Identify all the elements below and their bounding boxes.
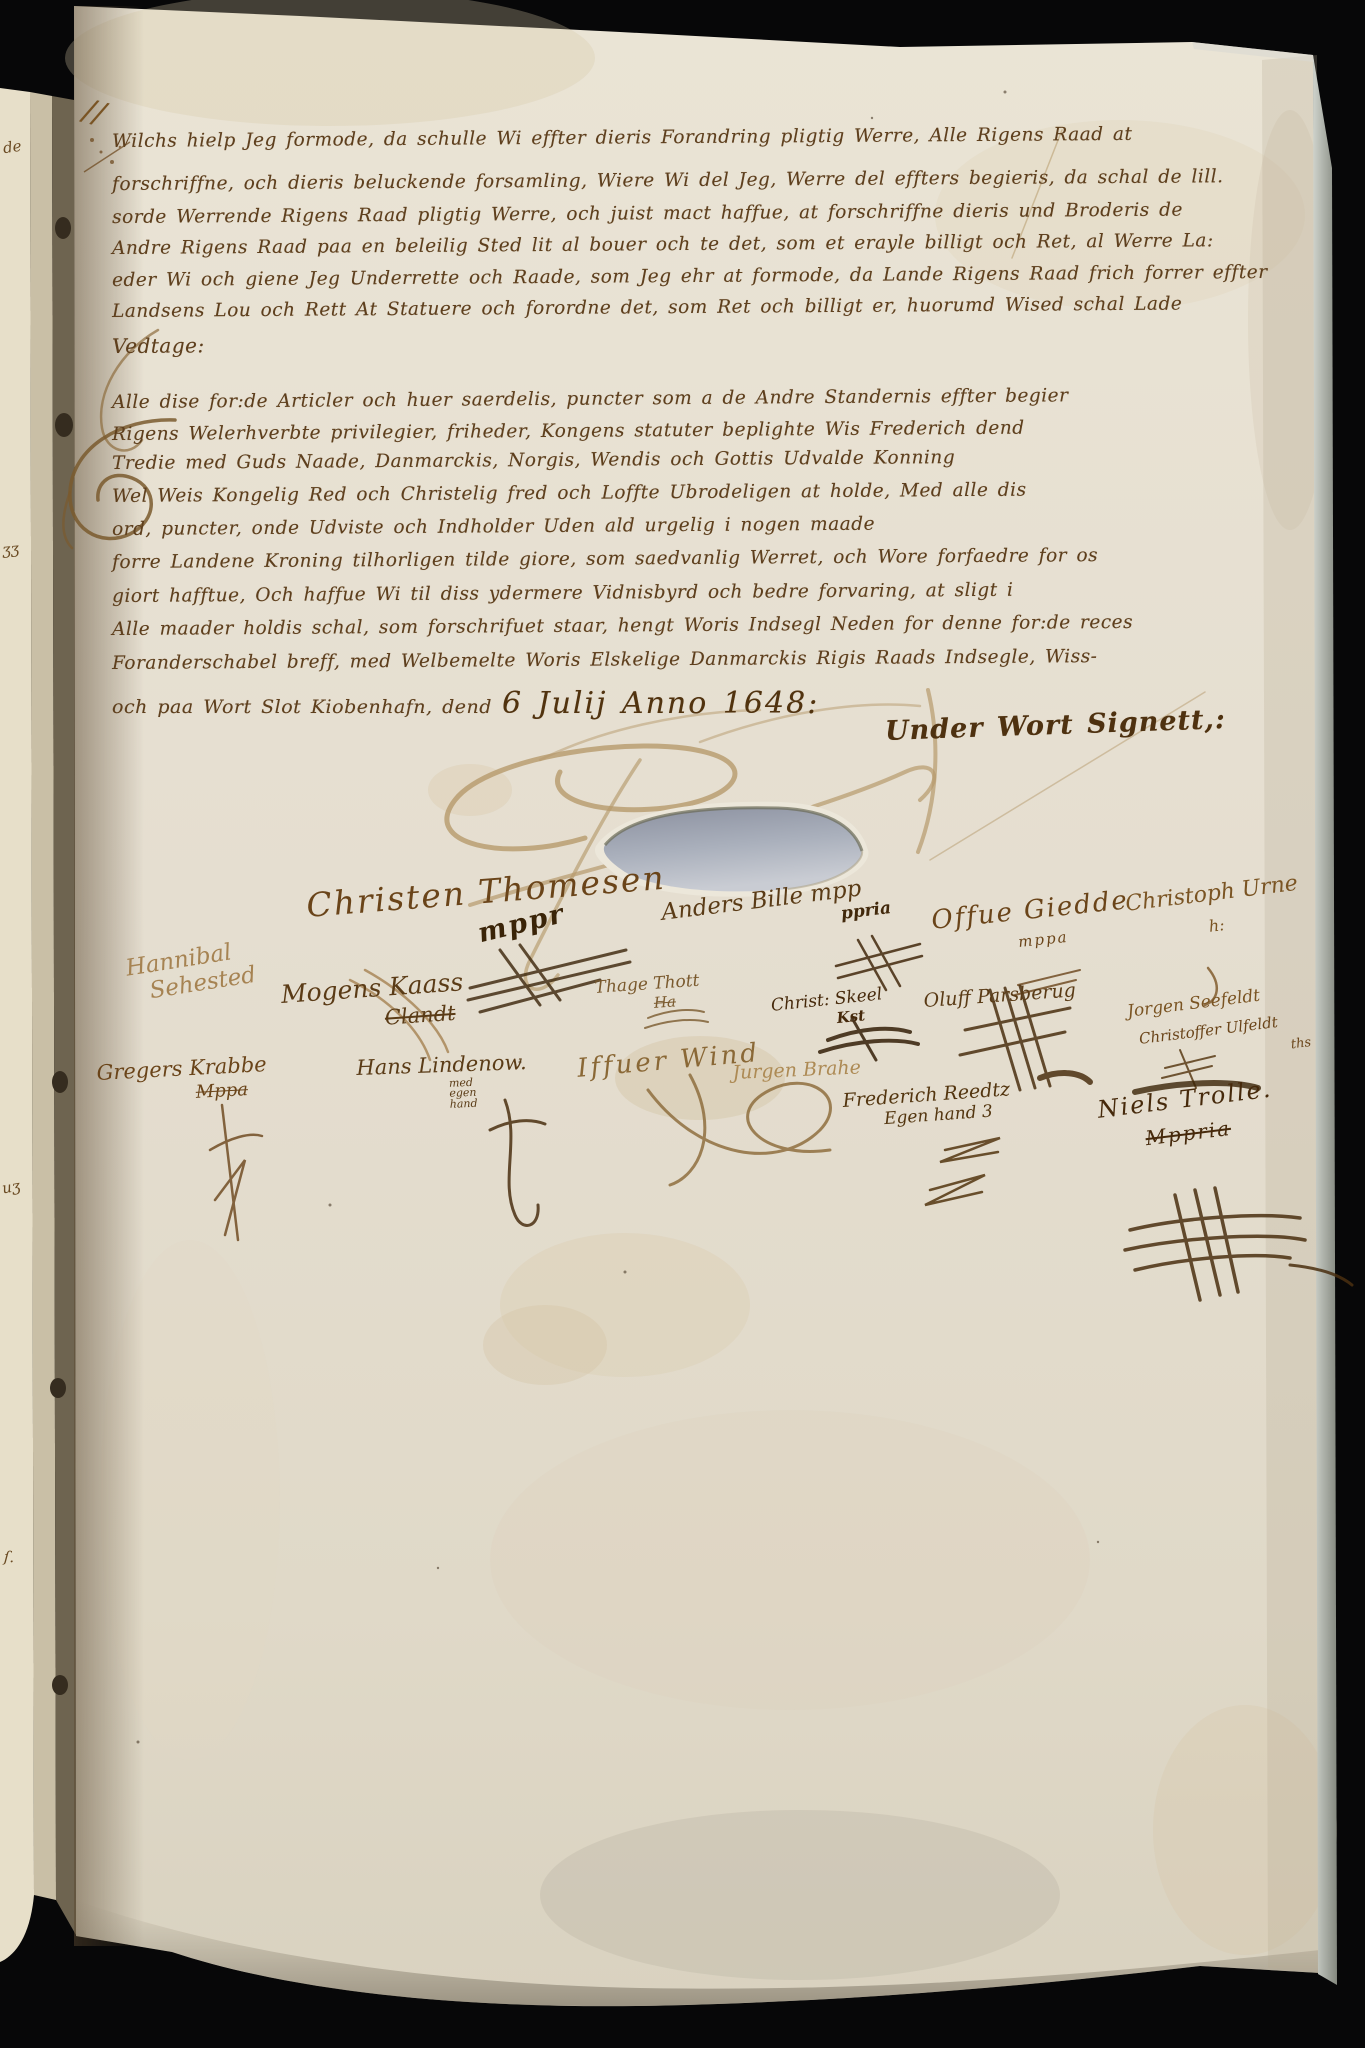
- left-page-fragment: ſ.: [3, 1548, 15, 1567]
- photographed-manuscript: // Wilchs hielp Jeg formode, da schulle …: [0, 0, 1365, 2048]
- signature-paraph: med egen hand: [449, 1077, 502, 1110]
- signature-paraph: Mppa: [195, 1078, 268, 1103]
- left-page-fragment: de: [2, 137, 23, 157]
- signature-paraph: ths: [1290, 1035, 1312, 1052]
- date-line-prefix: och paa Wort Slot Kiobenhafn, dend: [112, 696, 492, 718]
- signature-thage-thott: Thage Thott Ha: [594, 971, 701, 1016]
- signature-hans-lindenow: Hans Lindenow. med egen hand: [356, 1050, 528, 1113]
- left-page-fragment: uʒ: [1, 1177, 22, 1198]
- signature-gregers-krabbe: Gregers Krabbe Mppa: [96, 1052, 268, 1108]
- body-line: Vedtage:: [112, 333, 205, 358]
- document-date: 6 Julij Anno 1648:: [502, 686, 819, 721]
- signature-name: Hans Lindenow.: [356, 1050, 527, 1080]
- left-page-fragment: ʒʒ: [1, 539, 20, 559]
- signature-paraph: Ha: [653, 991, 701, 1012]
- date-line: och paa Wort Slot Kiobenhafn, dend 6 Jul…: [112, 686, 819, 721]
